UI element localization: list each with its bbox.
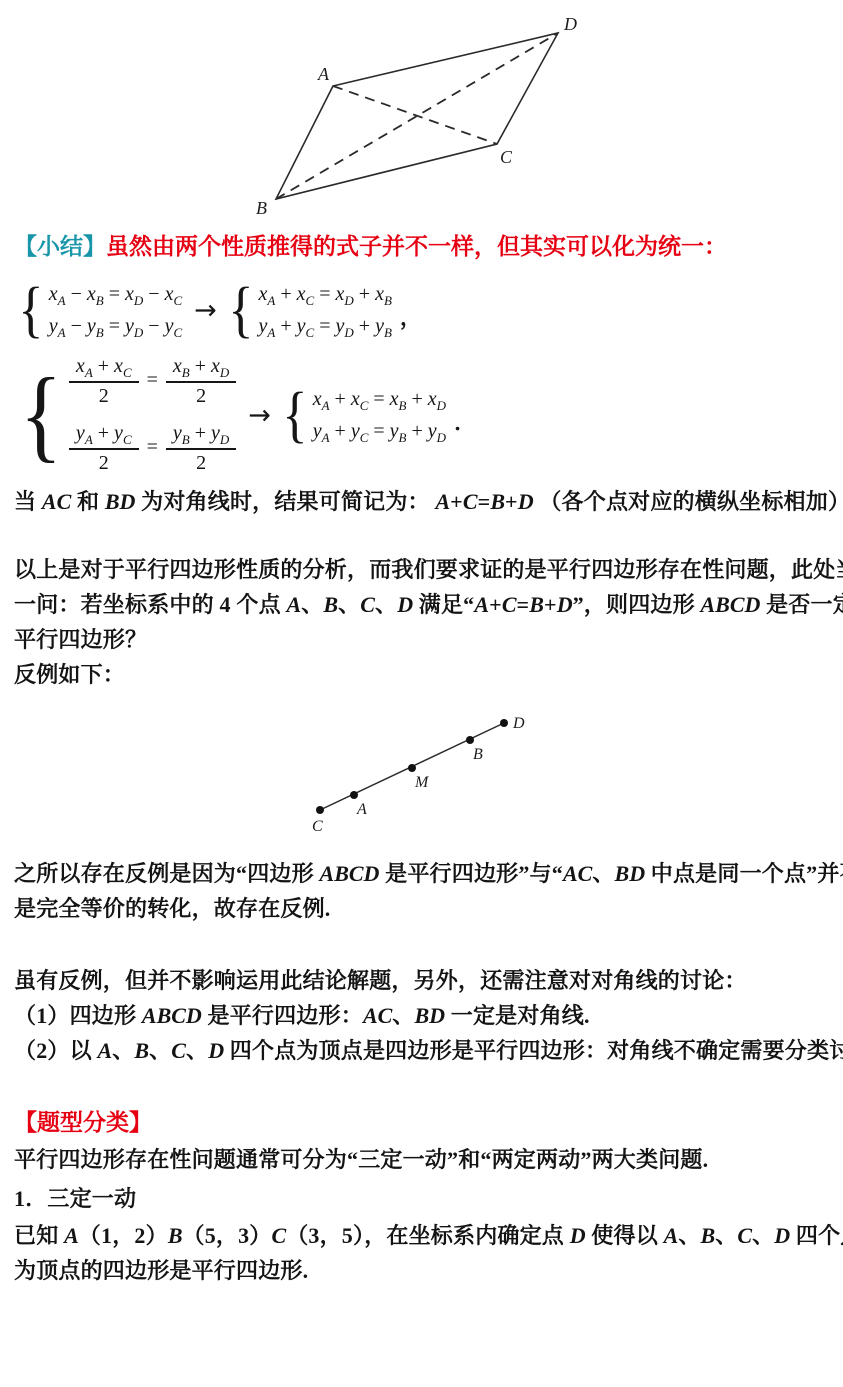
equation-line: xA + xC = xD + xB <box>259 283 392 306</box>
vertex-label-a: A <box>317 64 330 84</box>
point-label-b: B <box>473 746 483 763</box>
point-c <box>316 806 324 814</box>
point-b <box>466 736 474 744</box>
denominator: 2 <box>69 450 139 475</box>
equation-line: xA + xC = xB + xD <box>313 388 446 411</box>
summary-heading-text: 虽然由两个性质推得的式子并不一样，但其实可以化为统一： <box>106 234 727 259</box>
equation-block-1: { xA − xB = xD − xC yA − yB = yD − yC → … <box>16 271 422 349</box>
text-line: 当 AC 和 BD 为对角线时，结果可简记为： A+C=B+D （各个点对应的横… <box>14 484 830 519</box>
equals-sign: = <box>147 369 158 391</box>
text-line: 平行四边形存在性问题通常可分为“三定一动”和“两定两动”两大类问题. <box>14 1142 830 1177</box>
equals-sign: = <box>147 436 158 458</box>
text-line: 虽有反例，但并不影响运用此结论解题，另外，还需注意对对角线的讨论： <box>14 963 830 998</box>
fraction: xB + xD2 <box>166 355 236 408</box>
paragraph-counterexample-reason: 之所以存在反例是因为“四边形 ABCD 是平行四边形”与“AC、BD 中点是同一… <box>14 856 830 926</box>
equation-right-column: xA + xC = xB + xD yA + yC = yB + yD <box>313 388 446 443</box>
text-line: 已知 A（1，2）B（5，3）C（3，5），在坐标系内确定点 D 使得以 A、B… <box>14 1218 830 1253</box>
summary-heading: 【小结】虽然由两个性质推得的式子并不一样，但其实可以化为统一： <box>14 228 727 261</box>
fraction: yB + yD2 <box>166 422 236 475</box>
paragraph-problem: 已知 A（1，2）B（5，3）C（3，5），在坐标系内确定点 D 使得以 A、B… <box>14 1218 830 1288</box>
text-line: 反例如下： <box>14 657 830 692</box>
left-brace-icon: { <box>18 281 43 340</box>
point-m <box>408 764 416 772</box>
summary-tag: 【小结】 <box>14 234 106 259</box>
equation-line: yA − yB = yD − yC <box>49 315 182 338</box>
text-line: （1）四边形 ABCD 是平行四边形：AC、BD 一定是对角线. <box>14 998 830 1033</box>
fraction: yA + yC2 <box>69 422 139 475</box>
parallelogram-diagram: A D C B <box>230 10 630 222</box>
point-label-d: D <box>512 715 525 732</box>
equation-line: xA + xC2=xB + xD2 <box>69 355 236 408</box>
vertex-label-c: C <box>500 147 513 167</box>
left-brace-icon: { <box>20 366 62 465</box>
equation-punctuation: ． <box>454 406 476 437</box>
vertex-label-d: D <box>563 14 577 34</box>
summary-note: 当 AC 和 BD 为对角线时，结果可简记为： A+C=B+D （各个点对应的横… <box>14 484 830 519</box>
denominator: 2 <box>166 383 236 408</box>
text-line: （2）以 A、B、C、D 四个点为顶点是四边形是平行四边形：对角线不确定需要分类… <box>14 1033 830 1068</box>
equation-punctuation: ， <box>400 301 422 332</box>
text-line: 一问：若坐标系中的 4 个点 A、B、C、D 满足“A+C=B+D”，则四边形 … <box>14 587 830 622</box>
numerator: yB + yD <box>166 422 236 450</box>
diagonal-ac <box>333 86 497 144</box>
arrow-icon: → <box>248 400 271 431</box>
text-line: 之所以存在反例是因为“四边形 ABCD 是平行四边形”与“AC、BD 中点是同一… <box>14 856 830 891</box>
text-line: 是完全等价的转化，故存在反例. <box>14 891 830 926</box>
point-label-m: M <box>414 774 430 791</box>
equation-left-column: xA + xC2=xB + xD2 yA + yC2=yB + yD2 <box>69 355 236 475</box>
denominator: 2 <box>166 450 236 475</box>
equation-block-2: { xA + xC2=xB + xD2 yA + yC2=yB + yD2 → … <box>16 356 476 474</box>
document-page: A D C B 【小结】虽然由两个性质推得的式子并不一样，但其实可以化为统一： … <box>0 0 843 1387</box>
text-line: 为顶点的四边形是平行四边形. <box>14 1253 830 1288</box>
equation-line: xA − xB = xD − xC <box>49 283 182 306</box>
point-label-c: C <box>312 818 323 835</box>
paragraph-analysis: 以上是对于平行四边形性质的分析，而我们要求证的是平行四边形存在性问题，此处当有一… <box>14 552 830 692</box>
category-intro: 平行四边形存在性问题通常可分为“三定一动”和“两定两动”两大类问题. <box>14 1142 830 1177</box>
left-brace-icon: { <box>228 281 253 340</box>
arrow-icon: → <box>194 295 217 326</box>
equation-left-column: xA − xB = xD − xC yA − yB = yD − yC <box>49 283 182 338</box>
numerator: yA + yC <box>69 422 139 450</box>
equation-line: yA + yC2=yB + yD2 <box>69 422 236 475</box>
category-heading: 【题型分类】 <box>14 1104 152 1137</box>
vertex-label-b: B <box>256 198 267 218</box>
subsection-title: 1．三定一动 <box>14 1181 830 1216</box>
numerator: xB + xD <box>166 355 236 383</box>
equation-right-column: xA + xC = xD + xB yA + yC = yD + yB <box>259 283 392 338</box>
fraction: xA + xC2 <box>69 355 139 408</box>
point-a <box>350 791 358 799</box>
denominator: 2 <box>69 383 139 408</box>
point-label-a: A <box>356 801 367 818</box>
point-d <box>500 719 508 727</box>
numerator: xA + xC <box>69 355 139 383</box>
text-line: 平行四边形？ <box>14 622 830 657</box>
text-line: 以上是对于平行四边形性质的分析，而我们要求证的是平行四边形存在性问题，此处当有 <box>14 552 830 587</box>
left-brace-icon: { <box>282 386 307 445</box>
equation-line: yA + yC = yD + yB <box>259 315 392 338</box>
counterexample-diagram: C A M B D <box>280 700 560 840</box>
paragraph-diagonal-discussion: 虽有反例，但并不影响运用此结论解题，另外，还需注意对对角线的讨论：（1）四边形 … <box>14 963 830 1068</box>
text-line: 1．三定一动 <box>14 1181 830 1216</box>
equation-line: yA + yC = yB + yD <box>313 420 446 443</box>
